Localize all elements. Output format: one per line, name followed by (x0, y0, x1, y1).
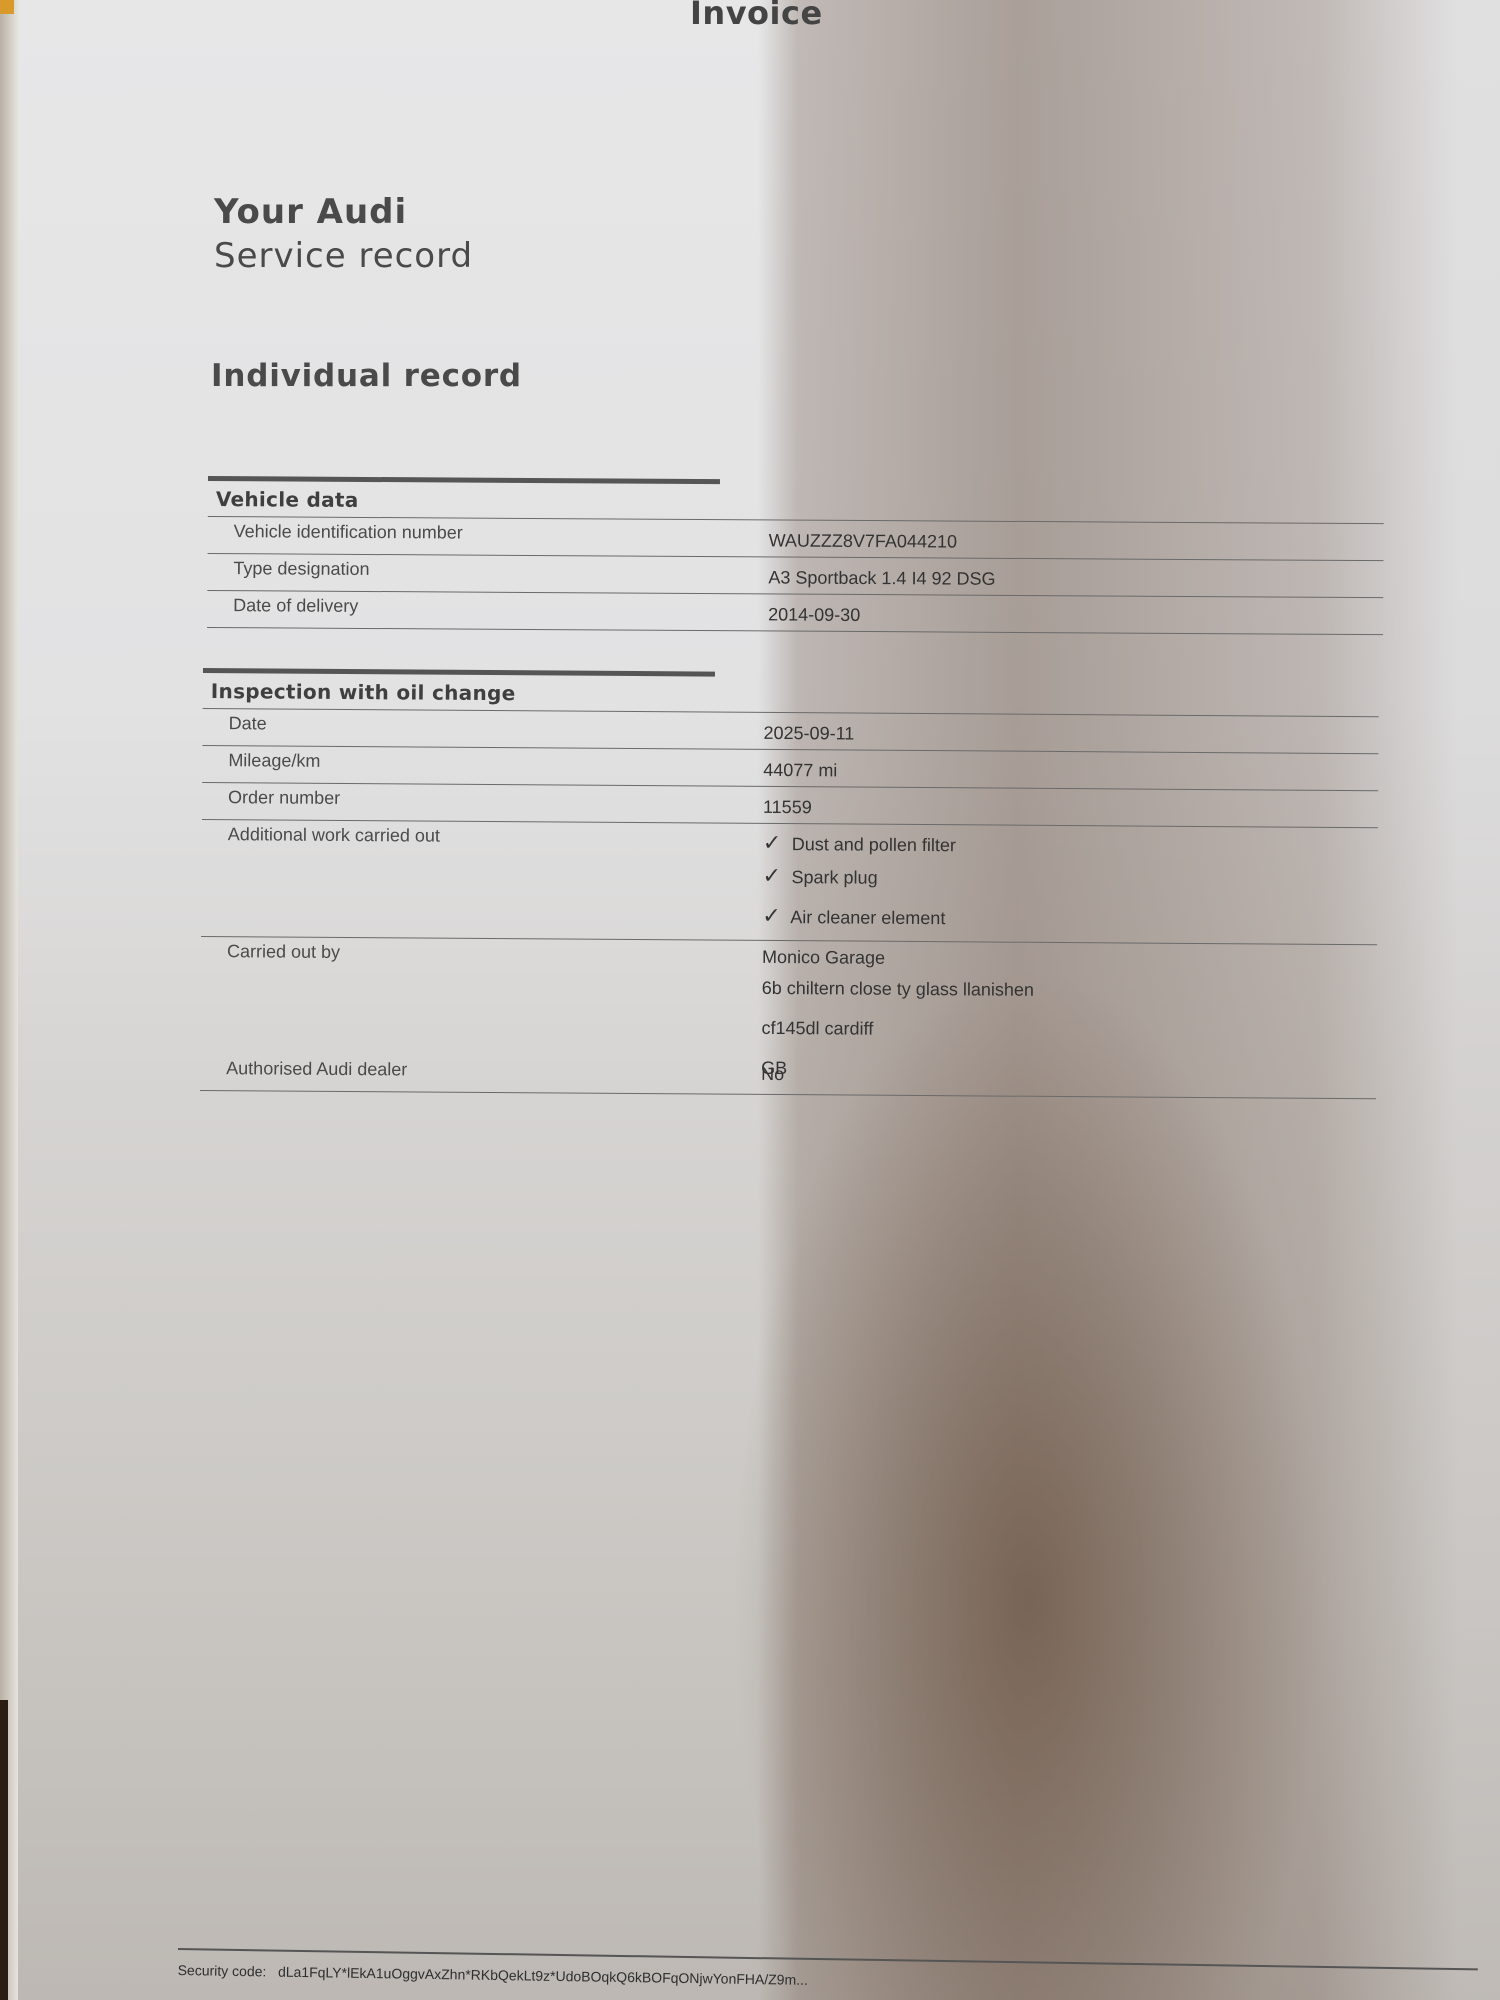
inspection-date-value: 2025-09-11 (763, 713, 1378, 753)
order-number-value: 11559 (763, 787, 1378, 827)
checkmark-icon: ✓ (763, 830, 787, 856)
vin-value: WAUZZZ8V7FA044210 (769, 520, 1384, 560)
authorised-dealer-value: No (761, 1058, 1376, 1098)
mileage-value: 44077 mi (763, 750, 1378, 790)
checkmark-icon: ✓ (762, 896, 786, 936)
background-object (0, 0, 14, 14)
field-label: Type designation (207, 554, 768, 593)
heading-your-audi: Your Audi (214, 192, 407, 232)
checkmark-icon: ✓ (762, 856, 786, 896)
work-item-label: Dust and pollen filter (792, 834, 956, 855)
field-label: Order number (202, 783, 763, 823)
field-label: Vehicle identification number (208, 517, 769, 556)
address-line: cf145dl cardiff (761, 1008, 1376, 1052)
heading-service-record: Service record (214, 236, 473, 276)
list-item: ✓ Spark plug (762, 856, 1377, 900)
address-line: 6b chiltern close ty glass llanishen (762, 968, 1377, 1012)
field-label: Date (202, 709, 763, 749)
table-row: Date of delivery 2014-09-30 (207, 591, 1383, 635)
inspection-section: Inspection with oil change Date 2025-09-… (200, 668, 1379, 1099)
field-label: Additional work carried out (201, 820, 763, 940)
security-code-label: Security code: (178, 1962, 267, 1979)
work-item-label: Spark plug (792, 867, 878, 888)
field-label: Date of delivery (207, 591, 768, 630)
table-row: Additional work carried out ✓ Dust and p… (201, 820, 1378, 945)
field-label: Authorised Audi dealer (200, 1054, 761, 1094)
type-designation-value: A3 Sportback 1.4 I4 92 DSG (768, 557, 1383, 597)
work-item-label: Air cleaner element (790, 907, 945, 928)
field-label: Mileage/km (202, 746, 763, 786)
delivery-date-value: 2014-09-30 (768, 594, 1383, 634)
list-item: ✓ Air cleaner element (762, 896, 1377, 940)
page-edge (0, 0, 18, 2000)
invoice-title: Invoice (690, 0, 823, 32)
additional-work-list: ✓ Dust and pollen filter ✓ Spark plug ✓ … (762, 824, 1378, 944)
vehicle-data-section: Vehicle data Vehicle identification numb… (207, 476, 1384, 635)
heading-individual-record: Individual record (211, 358, 522, 394)
